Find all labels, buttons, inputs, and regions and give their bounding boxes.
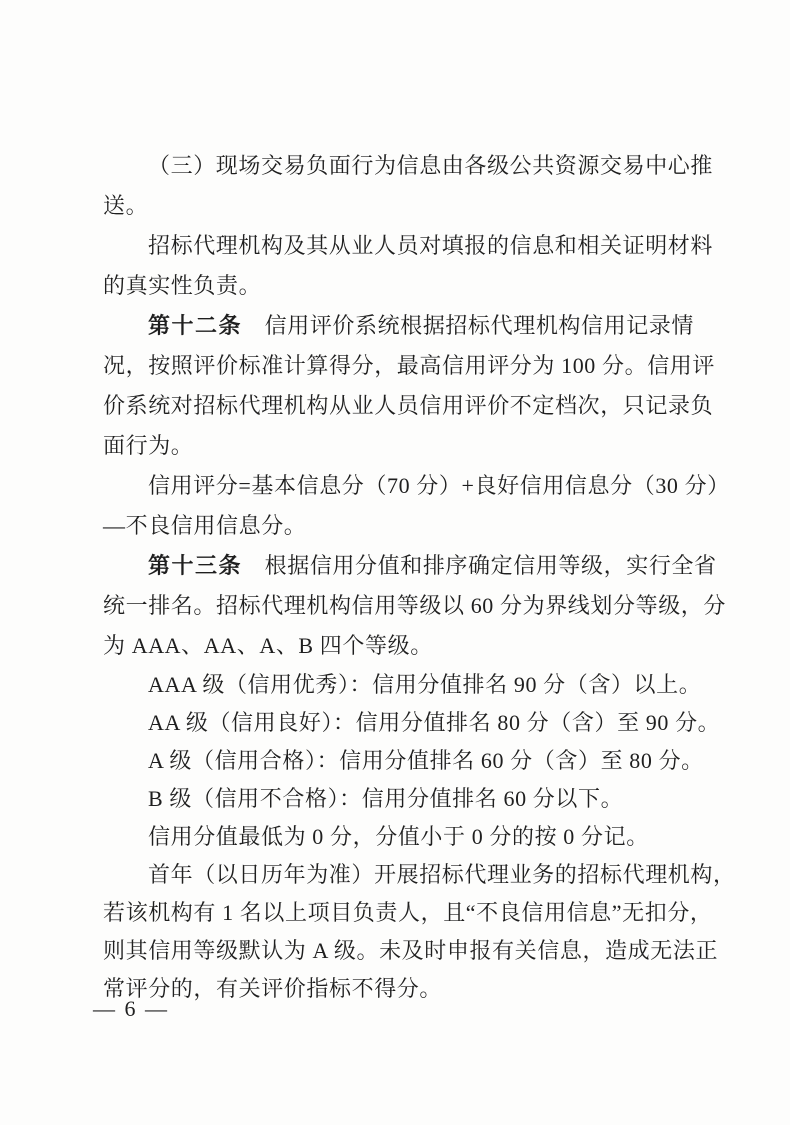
article-number: 第十二条 bbox=[148, 313, 242, 338]
text-line: 常评分的，有关评价指标不得分。 bbox=[103, 970, 728, 1008]
line-text: 面行为。 bbox=[103, 433, 193, 458]
text-line-score-formula: 信用评分=基本信息分（70 分）+良好信用信息分（30 分） bbox=[103, 466, 728, 506]
text-line-grade-b: B 级（信用不合格）：信用分值排名 60 分以下。 bbox=[103, 780, 728, 818]
text-line: 送。 bbox=[103, 186, 728, 226]
document-body: （三）现场交易负面行为信息由各级公共资源交易中心推 送。 招标代理机构及其从业人… bbox=[103, 146, 728, 1008]
line-text: 若该机构有 1 名以上项目负责人，且“不良信用信息”无扣分， bbox=[103, 900, 713, 925]
line-text: 为 AAA、AA、A、B 四个等级。 bbox=[103, 633, 433, 658]
text-line: 招标代理机构及其从业人员对填报的信息和相关证明材料 bbox=[103, 226, 728, 266]
text-line: 则其信用等级默认为 A 级。未及时申报有关信息，造成无法正 bbox=[103, 932, 728, 970]
line-text: 统一排名。招标代理机构信用等级以 60 分为界线划分等级，分 bbox=[103, 593, 726, 618]
text-line: 况，按照评价标准计算得分，最高信用评分为 100 分。信用评 bbox=[103, 346, 728, 386]
line-text: —不良信用信息分。 bbox=[103, 513, 306, 538]
line-text: 招标代理机构及其从业人员对填报的信息和相关证明材料 bbox=[148, 233, 713, 258]
article-number: 第十三条 bbox=[148, 553, 242, 578]
text-line: 若该机构有 1 名以上项目负责人，且“不良信用信息”无扣分， bbox=[103, 894, 728, 932]
line-text: AAA 级（信用优秀）：信用分值排名 90 分（含）以上。 bbox=[148, 672, 701, 697]
line-text: 况，按照评价标准计算得分，最高信用评分为 100 分。信用评 bbox=[103, 353, 715, 378]
line-text: 根据信用分值和排序确定信用等级，实行全省 bbox=[242, 553, 717, 578]
line-text: 的真实性负责。 bbox=[103, 273, 261, 298]
line-text: 送。 bbox=[103, 193, 148, 218]
text-line: 的真实性负责。 bbox=[103, 266, 728, 306]
text-line: 统一排名。招标代理机构信用等级以 60 分为界线划分等级，分 bbox=[103, 586, 728, 626]
text-line: 价系统对招标代理机构从业人员信用评价不定档次，只记录负 bbox=[103, 386, 728, 426]
line-text: 信用评价系统根据招标代理机构信用记录情 bbox=[242, 313, 694, 338]
line-text: AA 级（信用良好）：信用分值排名 80 分（含）至 90 分。 bbox=[148, 710, 720, 735]
document-page: （三）现场交易负面行为信息由各级公共资源交易中心推 送。 招标代理机构及其从业人… bbox=[0, 0, 790, 1125]
text-line: 信用分值最低为 0 分，分值小于 0 分的按 0 分记。 bbox=[103, 818, 728, 856]
line-text: 则其信用等级默认为 A 级。未及时申报有关信息，造成无法正 bbox=[103, 938, 718, 963]
line-text: 首年（以日历年为准）开展招标代理业务的招标代理机构， bbox=[148, 862, 736, 887]
line-text: 价系统对招标代理机构从业人员信用评价不定档次，只记录负 bbox=[103, 393, 713, 418]
line-text: B 级（信用不合格）：信用分值排名 60 分以下。 bbox=[148, 786, 623, 811]
line-text: A 级（信用合格）：信用分值排名 60 分（含）至 80 分。 bbox=[148, 748, 704, 773]
page-number: — 6 — bbox=[93, 994, 169, 1024]
line-text: （三）现场交易负面行为信息由各级公共资源交易中心推 bbox=[148, 153, 713, 178]
line-text: 信用评分=基本信息分（70 分）+良好信用信息分（30 分） bbox=[148, 473, 730, 498]
text-line: 为 AAA、AA、A、B 四个等级。 bbox=[103, 626, 728, 666]
text-line: 首年（以日历年为准）开展招标代理业务的招标代理机构， bbox=[103, 856, 728, 894]
text-line: 面行为。 bbox=[103, 426, 728, 466]
text-line-grade-a: A 级（信用合格）：信用分值排名 60 分（含）至 80 分。 bbox=[103, 742, 728, 780]
text-line: （三）现场交易负面行为信息由各级公共资源交易中心推 bbox=[103, 146, 728, 186]
text-line-article-13: 第十三条 根据信用分值和排序确定信用等级，实行全省 bbox=[103, 546, 728, 586]
text-line: —不良信用信息分。 bbox=[103, 506, 728, 546]
text-line-article-12: 第十二条 信用评价系统根据招标代理机构信用记录情 bbox=[103, 306, 728, 346]
text-line-grade-aa: AA 级（信用良好）：信用分值排名 80 分（含）至 90 分。 bbox=[103, 704, 728, 742]
line-text: 信用分值最低为 0 分，分值小于 0 分的按 0 分记。 bbox=[148, 824, 649, 849]
text-line-grade-aaa: AAA 级（信用优秀）：信用分值排名 90 分（含）以上。 bbox=[103, 666, 728, 704]
